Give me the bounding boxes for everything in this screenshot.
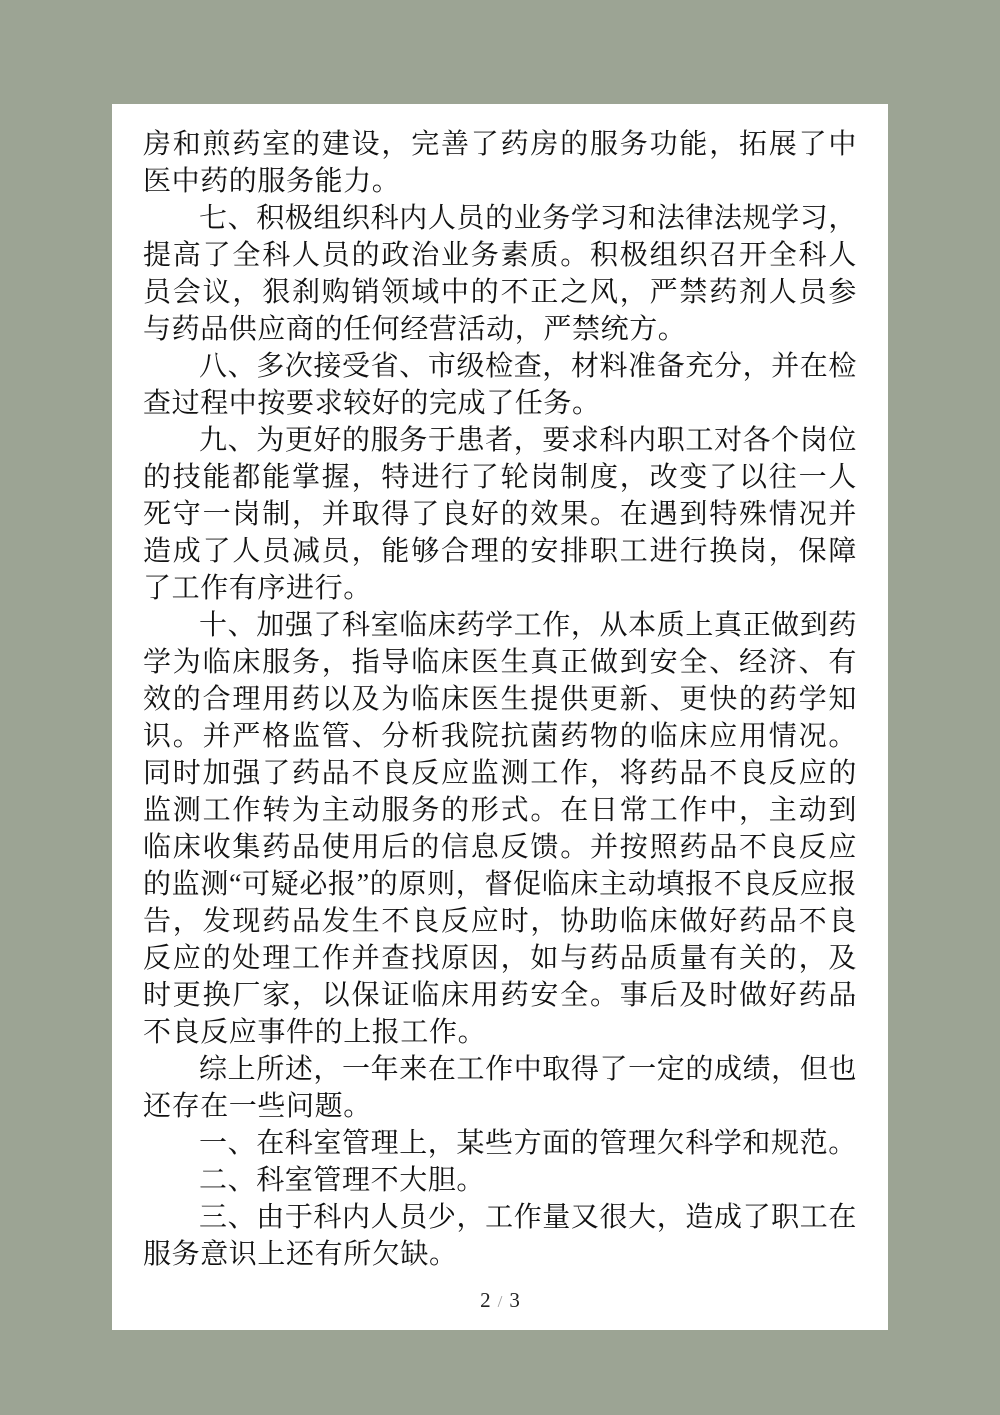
document-page: 房和煎药室的建设，完善了药房的服务功能，拓展了中医中药的服务能力。 七、积极组织… — [112, 104, 888, 1330]
paragraph-item-ten: 十、加强了科室临床药学工作，从本质上真正做到药学为临床服务，指导临床医生真正做到… — [143, 607, 857, 1051]
paragraph-problem-one: 一、在科室管理上，某些方面的管理欠科学和规范。 — [143, 1125, 857, 1162]
paragraph-item-nine: 九、为更好的服务于患者，要求科内职工对各个岗位的技能都能掌握，特进行了轮岗制度，… — [143, 422, 857, 607]
page-number-separator: / — [491, 1292, 510, 1311]
paragraph-summary: 综上所述，一年来在工作中取得了一定的成绩，但也还存在一些问题。 — [143, 1051, 857, 1125]
paragraph-problem-three: 三、由于科内人员少，工作量又很大，造成了职工在服务意识上还有所欠缺。 — [143, 1199, 857, 1273]
document-body: 房和煎药室的建设，完善了药房的服务功能，拓展了中医中药的服务能力。 七、积极组织… — [112, 104, 888, 1273]
page-number-total: 3 — [509, 1288, 520, 1312]
document-viewer-background: 房和煎药室的建设，完善了药房的服务功能，拓展了中医中药的服务能力。 七、积极组织… — [0, 0, 1000, 1415]
paragraph-problem-two: 二、科室管理不大胆。 — [143, 1162, 857, 1199]
paragraph-continuation: 房和煎药室的建设，完善了药房的服务功能，拓展了中医中药的服务能力。 — [143, 126, 857, 200]
paragraph-item-seven: 七、积极组织科内人员的业务学习和法律法规学习，提高了全科人员的政治业务素质。积极… — [143, 200, 857, 348]
paragraph-item-eight: 八、多次接受省、市级检查，材料准备充分，并在检查过程中按要求较好的完成了任务。 — [143, 348, 857, 422]
page-number-current: 2 — [480, 1288, 491, 1312]
page-footer: 2/3 — [112, 1287, 888, 1315]
